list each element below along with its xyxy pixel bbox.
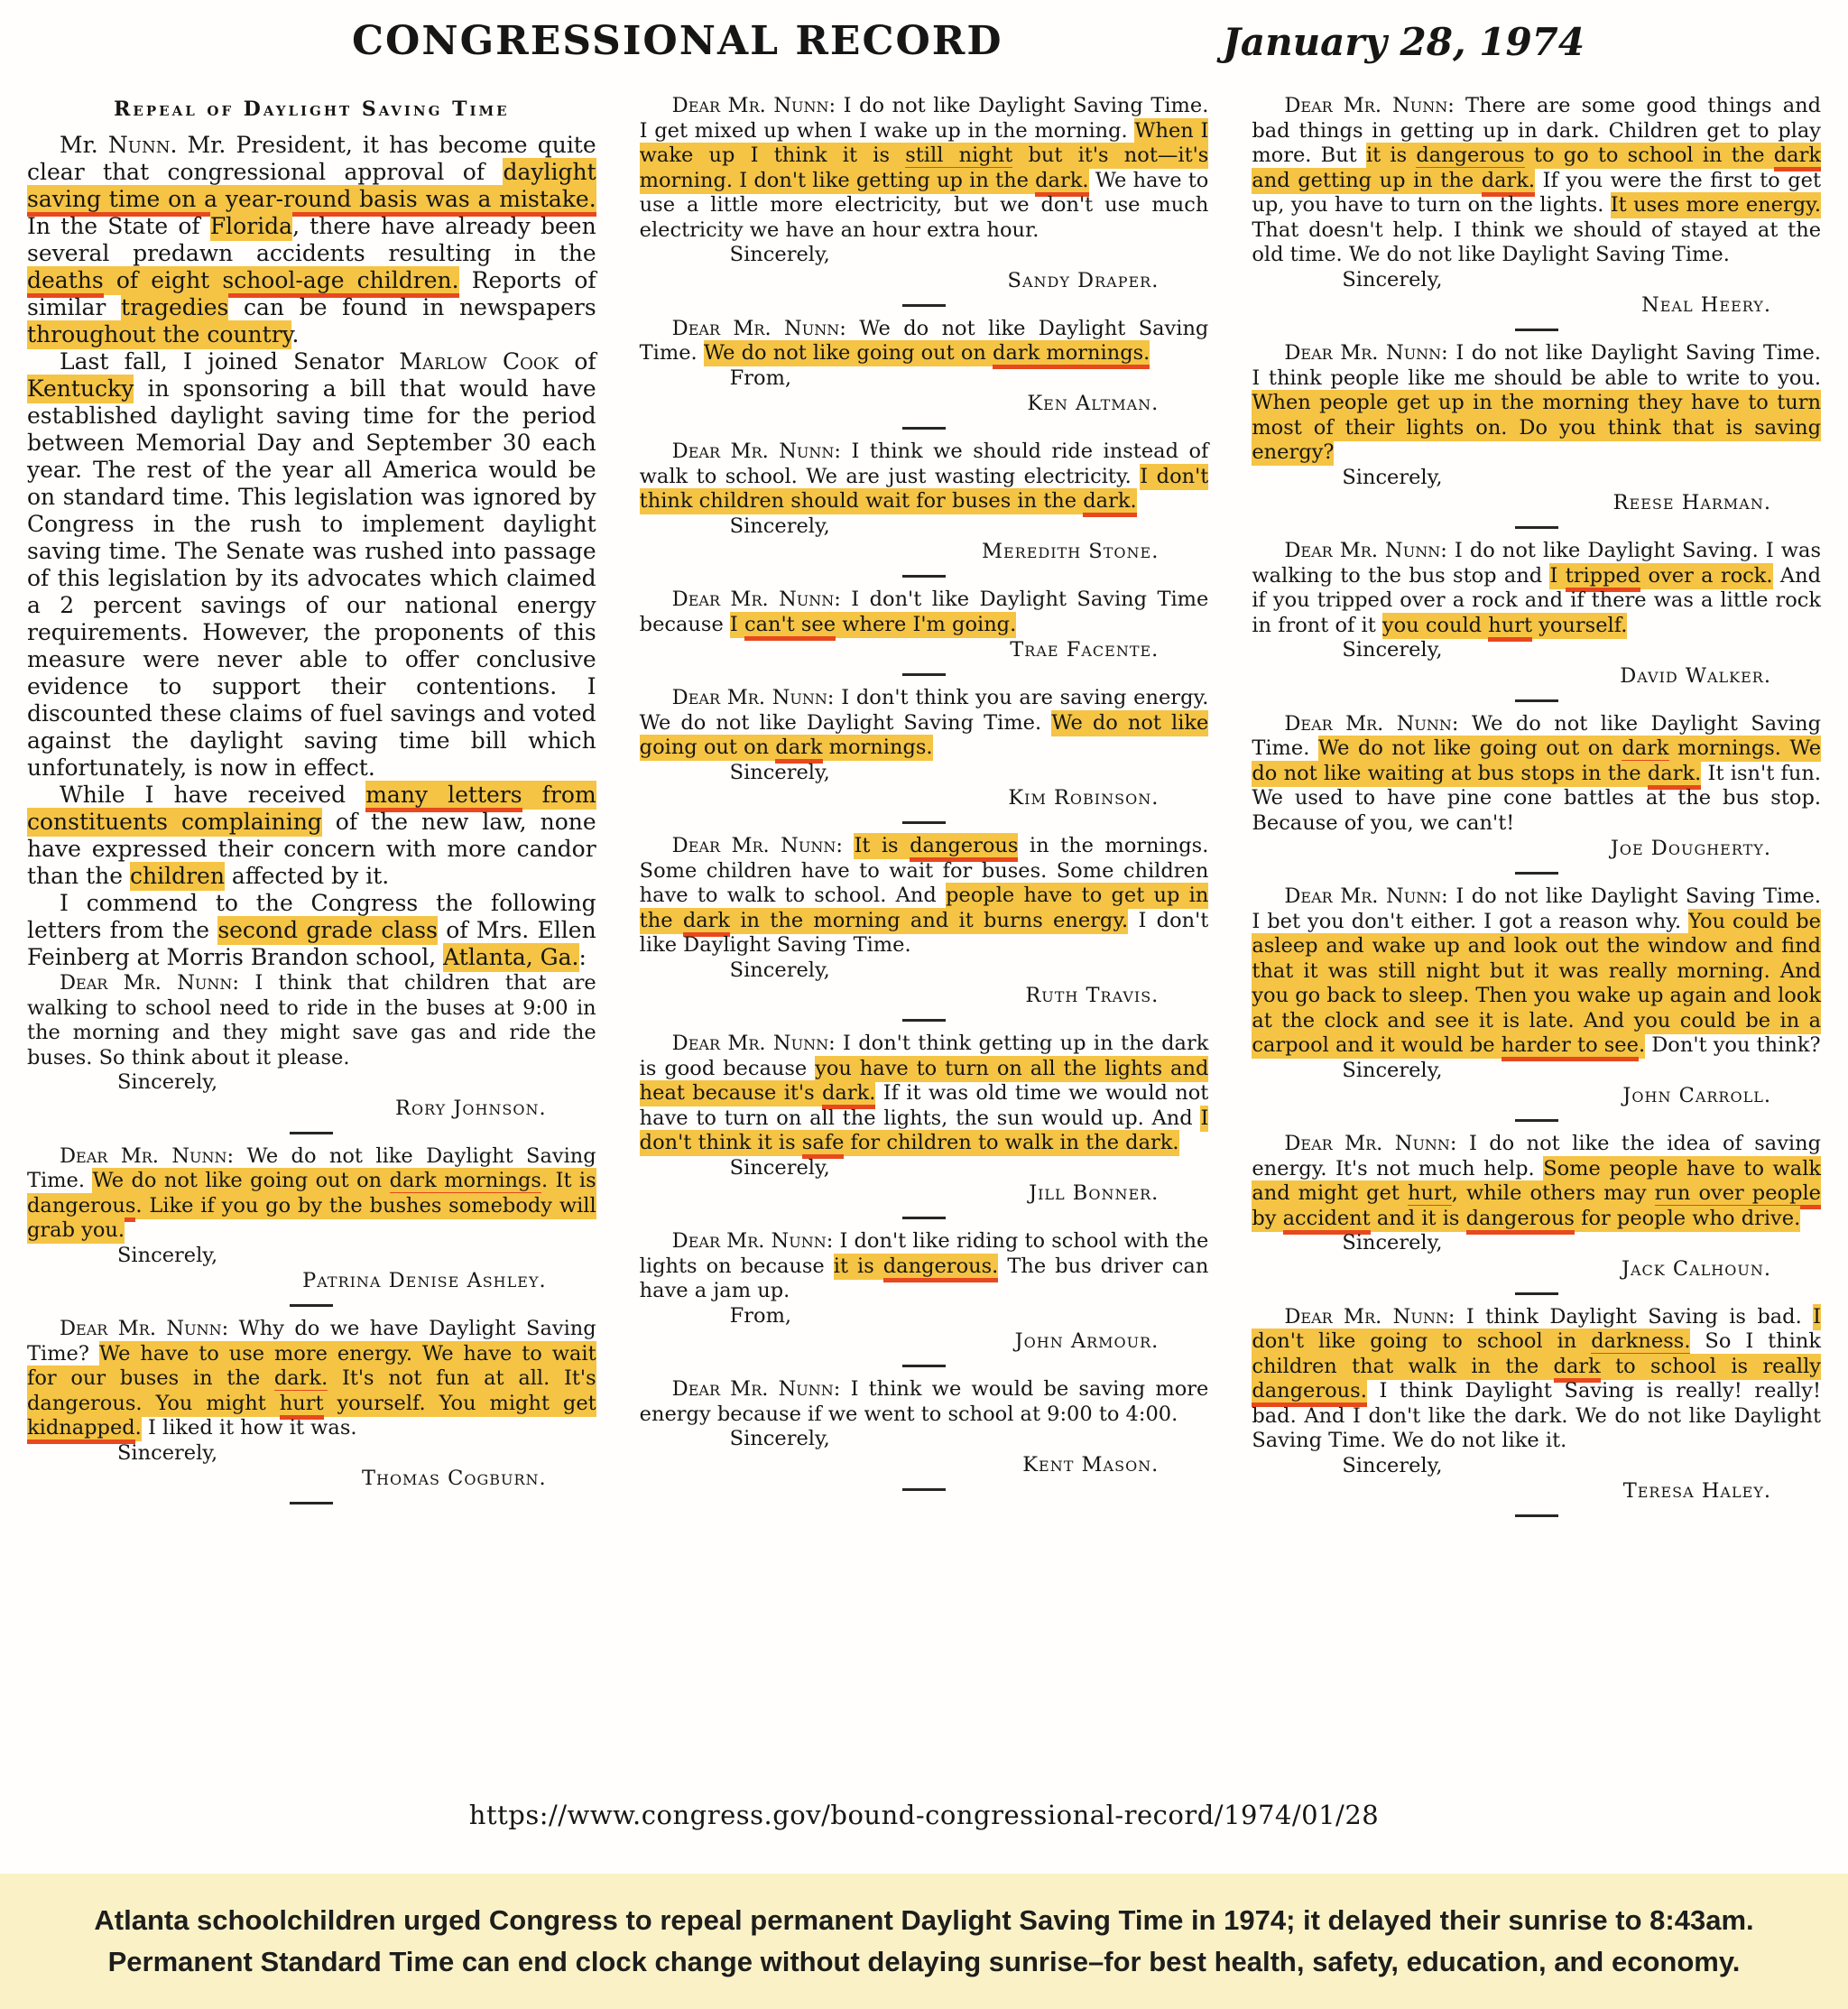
letter-paragraph: Dear Mr. Nunn: We do not like Daylight S…: [1252, 712, 1821, 837]
highlighted-text: I: [1549, 563, 1565, 589]
letter-closing: Sincerely,: [1342, 466, 1821, 491]
divider: [902, 1488, 946, 1491]
letter-paragraph: Dear Mr. Nunn: We do not like Daylight S…: [640, 317, 1209, 366]
letter-signature: Jill Bonner.: [640, 1180, 1209, 1206]
speech-paragraph: Mr. Nunn. Mr. President, it has become q…: [27, 132, 596, 348]
column-3: Dear Mr. Nunn: There are some good thing…: [1252, 94, 1821, 1783]
letter-signature: Reese Harman.: [1252, 490, 1821, 515]
highlighted-text: where I'm going.: [836, 612, 1016, 638]
letter-signature: Joe Dougherty.: [1252, 836, 1821, 861]
highlighted-text: It uses more energy.: [1611, 192, 1821, 218]
letter-paragraph: Dear Mr. Nunn: There are some good thing…: [1252, 94, 1821, 268]
highlighted-text: I: [730, 612, 744, 638]
letter-paragraph: Dear Mr. Nunn: I think Daylight Saving i…: [1252, 1305, 1821, 1454]
divider: [902, 304, 946, 307]
highlighted-text: yourself. You might get: [324, 1391, 596, 1417]
letter-signature: Kim Robinson.: [640, 785, 1209, 810]
letter-paragraph: Dear Mr. Nunn: I don't like Daylight Sav…: [640, 588, 1209, 637]
caption-banner: Atlanta schoolchildren urged Congress to…: [0, 1874, 1848, 2009]
highlighted-text: It is: [854, 833, 910, 859]
highlighted-text: kidnapped: [27, 1415, 135, 1444]
letter-signature: Ken Altman.: [640, 391, 1209, 416]
record-date: January 28, 1974: [1223, 20, 1585, 64]
speech-paragraph: I commend to the Congress the following …: [27, 890, 596, 971]
highlighted-text: and getting up in the: [1252, 168, 1481, 194]
divider: [902, 673, 946, 676]
letter-closing: Sincerely,: [730, 1156, 1209, 1181]
highlighted-text: of eight: [104, 266, 223, 295]
letter-closing: Sincerely,: [1342, 268, 1821, 293]
column-2: Dear Mr. Nunn: I do not like Daylight Sa…: [640, 94, 1209, 1783]
divider: [1515, 329, 1558, 331]
letter-signature: Neal Heery.: [1252, 292, 1821, 318]
letter-signature: Teresa Haley.: [1252, 1478, 1821, 1504]
highlighted-text: throughout the country: [27, 320, 291, 349]
highlighted-text: . It is: [541, 1168, 596, 1194]
highlighted-text: When people get up in the morning they h…: [1252, 390, 1821, 466]
highlighted-text: second grade class: [217, 916, 438, 945]
highlighted-text: dangerous.: [883, 1254, 999, 1282]
letter-paragraph: Dear Mr. Nunn: I think we should ride in…: [640, 440, 1209, 514]
highlighted-text: children that walk in the: [1252, 1354, 1553, 1380]
caption-line-2: Permanent Standard Time can end clock ch…: [0, 1941, 1848, 1983]
highlighted-text: It's not fun at all. It's: [328, 1366, 596, 1392]
highlighted-text: mornings.: [823, 735, 933, 761]
letter-closing: Sincerely,: [117, 1441, 596, 1467]
letter-paragraph: Dear Mr. Nunn: I don't think getting up …: [640, 1032, 1209, 1156]
highlighted-text: dangerous: [1466, 1206, 1575, 1235]
letter-signature: John Carroll.: [1252, 1083, 1821, 1108]
divider: [290, 1502, 333, 1504]
caption-line-1: Atlanta schoolchildren urged Congress to…: [0, 1900, 1848, 1941]
record-title: CONGRESSIONAL RECORD: [352, 18, 1003, 64]
highlighted-text: school-age children.: [222, 266, 458, 298]
highlighted-text: to school is really: [1601, 1354, 1821, 1380]
highlighted-text: We do not like going out on: [92, 1168, 389, 1194]
highlighted-text: for children to walk in the dark.: [844, 1130, 1178, 1156]
letter-closing: Sincerely,: [1342, 1454, 1821, 1479]
letter-signature: Patrina Denise Ashley.: [27, 1268, 596, 1293]
letter-paragraph: Dear Mr. Nunn: Why do we have Daylight S…: [27, 1317, 596, 1441]
letter-signature: Kent Mason.: [640, 1452, 1209, 1477]
highlighted-text: Kentucky: [27, 375, 134, 403]
highlighted-text: accident: [1283, 1206, 1371, 1235]
letter-closing: From,: [730, 366, 1209, 392]
highlighted-text: dark.: [1648, 761, 1701, 790]
highlighted-text: We do not like going out on: [704, 340, 993, 366]
highlighted-text: dark.: [1035, 168, 1088, 197]
highlighted-text: dark: [1554, 1354, 1601, 1383]
highlighted-text: dark: [1774, 143, 1821, 171]
highlighted-text: in the morning and it burns energy.: [730, 908, 1128, 934]
divider: [1515, 1119, 1558, 1122]
highlighted-text: . You might: [135, 1391, 279, 1417]
divider: [902, 575, 946, 578]
letter-signature: Jack Calhoun.: [1252, 1256, 1821, 1282]
letter-paragraph: Dear Mr. Nunn: I think that children tha…: [27, 971, 596, 1070]
divider: [290, 1304, 333, 1307]
letter-closing: Sincerely,: [1342, 1231, 1821, 1256]
highlighted-text: , while others may: [1452, 1180, 1655, 1207]
letter-closing: Sincerely,: [730, 243, 1209, 268]
source-url: https://www.congress.gov/bound-congressi…: [0, 1800, 1848, 1830]
highlighted-text: hurt: [1488, 613, 1532, 642]
highlighted-text: yourself.: [1532, 613, 1627, 639]
speech-paragraph: Last fall, I joined Senator Marlow Cook …: [27, 348, 596, 782]
letter-signature: Thomas Cogburn.: [27, 1466, 596, 1491]
letter-paragraph: Dear Mr. Nunn: I do not like Daylight Sa…: [1252, 884, 1821, 1059]
highlighted-text: and it is: [1371, 1206, 1466, 1232]
highlighted-text: to go to school in the: [1525, 143, 1774, 169]
highlighted-text: it is: [1366, 143, 1416, 169]
highlighted-text: .: [135, 1415, 142, 1441]
letter-paragraph: Dear Mr. Nunn: I do not like Daylight Sa…: [1252, 539, 1821, 638]
highlighted-text: can't see: [744, 612, 836, 641]
divider: [902, 1217, 946, 1219]
letter-closing: Sincerely,: [1342, 638, 1821, 663]
highlighted-text: dangerous.: [1252, 1378, 1367, 1407]
letter-closing: Sincerely,: [730, 958, 1209, 984]
highlighted-text: harder to see: [1501, 1032, 1639, 1061]
divider: [1515, 872, 1558, 875]
divider: [902, 821, 946, 824]
letter-paragraph: Dear Mr. Nunn: We do not like Daylight S…: [27, 1144, 596, 1244]
letter-paragraph: Dear Mr. Nunn: I do not like the idea of…: [1252, 1132, 1821, 1231]
letter-signature: John Armour.: [640, 1329, 1209, 1354]
highlighted-text: by: [1252, 1206, 1282, 1232]
letter-closing: Sincerely,: [1342, 1059, 1821, 1084]
highlighted-text: children: [130, 862, 225, 891]
highlighted-text: deaths: [27, 266, 104, 298]
highlighted-text: dangerous: [910, 833, 1018, 862]
highlighted-text: dark: [683, 908, 730, 937]
highlighted-text: it is: [834, 1254, 883, 1280]
document-body: Repeal of Daylight Saving TimeMr. Nunn. …: [0, 87, 1848, 1783]
letter-closing: From,: [730, 1304, 1209, 1329]
letter-paragraph: Dear Mr. Nunn: I do not like Daylight Sa…: [1252, 341, 1821, 466]
divider: [1515, 526, 1558, 529]
section-heading: Repeal of Daylight Saving Time: [27, 97, 596, 121]
divider: [1515, 1514, 1558, 1517]
highlighted-text: dark.: [822, 1080, 875, 1109]
page: { "colors":{ "highlight":"#f5c444", "und…: [0, 0, 1848, 2009]
highlighted-text: dark mornings.: [993, 340, 1150, 369]
highlighted-text: hurt: [280, 1391, 324, 1420]
letter-paragraph: Dear Mr. Nunn: It is dangerous in the mo…: [640, 834, 1209, 958]
highlighted-text: Atlanta, Ga.: [443, 943, 578, 972]
letter-paragraph: Dear Mr. Nunn: I think we would be savin…: [640, 1377, 1209, 1427]
letter-signature: Meredith Stone.: [640, 539, 1209, 564]
highlighted-text: over a rock.: [1640, 563, 1772, 589]
letter-signature: Trae Facente.: [640, 637, 1209, 662]
divider: [902, 1365, 946, 1367]
highlighted-text: We do not like going out on: [1318, 736, 1622, 762]
divider: [1515, 1292, 1558, 1295]
letter-closing: Sincerely,: [117, 1070, 596, 1096]
highlighted-text: dark.: [1482, 168, 1535, 197]
highlighted-text: Florida: [210, 212, 292, 241]
highlighted-text: dark.: [1083, 488, 1136, 517]
highlighted-text: tripped: [1566, 563, 1641, 592]
letter-paragraph: Dear Mr. Nunn: I don't like riding to sc…: [640, 1229, 1209, 1304]
masthead: CONGRESSIONAL RECORD January 28, 1974: [0, 0, 1848, 87]
divider: [902, 427, 946, 430]
letter-signature: Ruth Travis.: [640, 983, 1209, 1008]
divider: [902, 1019, 946, 1022]
letter-paragraph: Dear Mr. Nunn: I don't think you are sav…: [640, 686, 1209, 761]
letter-closing: Sincerely,: [730, 1427, 1209, 1452]
highlighted-text: many letters: [365, 781, 522, 812]
highlighted-text: you could: [1382, 613, 1488, 639]
highlighted-text: for people who drive.: [1575, 1206, 1800, 1232]
divider: [1515, 699, 1558, 702]
speech-paragraph: While I have received many letters from …: [27, 782, 596, 890]
letter-paragraph: Dear Mr. Nunn: I do not like Daylight Sa…: [640, 94, 1209, 243]
column-1: Repeal of Daylight Saving TimeMr. Nunn. …: [27, 94, 596, 1783]
highlighted-text: safe: [802, 1130, 845, 1159]
letter-signature: Sandy Draper.: [640, 268, 1209, 293]
letter-closing: Sincerely,: [117, 1244, 596, 1269]
letter-closing: Sincerely,: [730, 761, 1209, 786]
letter-signature: Rory Johnson.: [27, 1096, 596, 1121]
divider: [290, 1132, 333, 1134]
highlighted-text: dark: [775, 735, 822, 764]
letter-signature: David Walker.: [1252, 663, 1821, 689]
letter-closing: Sincerely,: [730, 514, 1209, 540]
